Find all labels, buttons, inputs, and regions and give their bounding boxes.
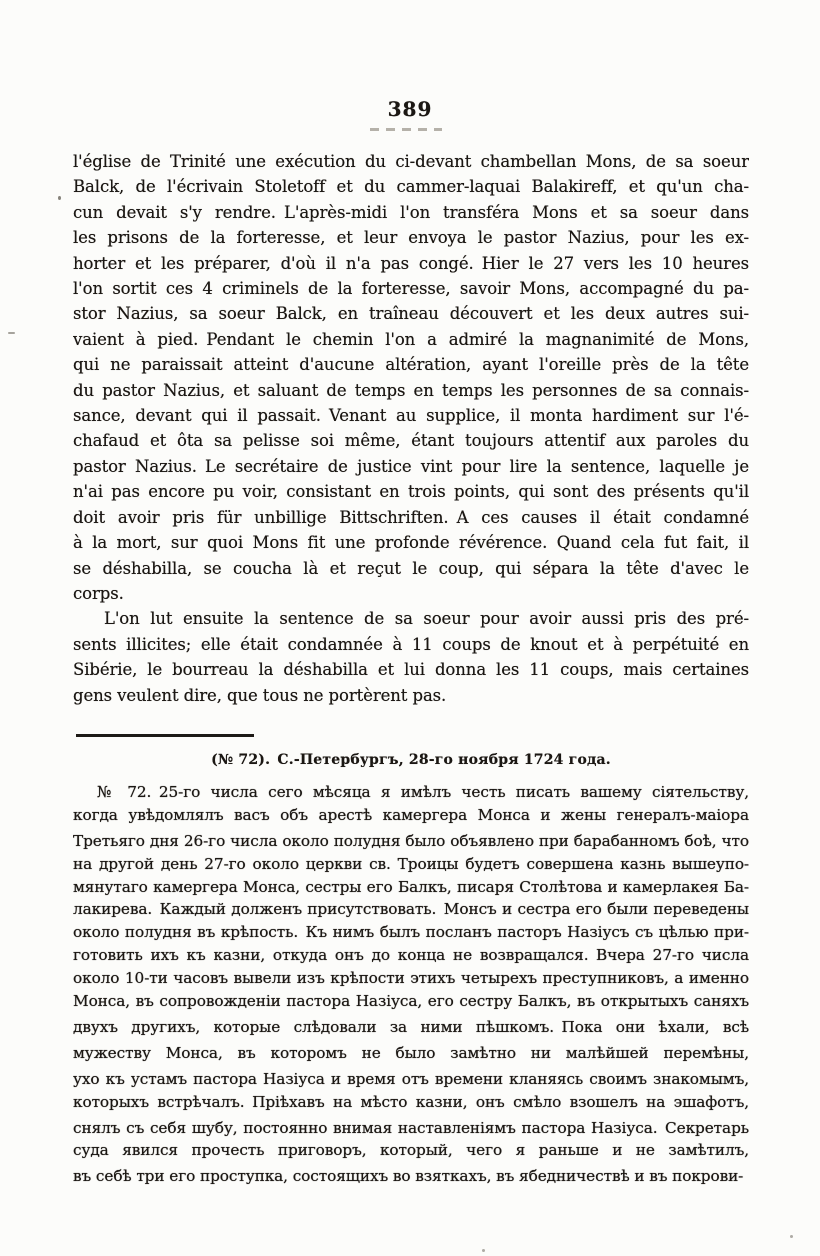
text-line: L'on lut ensuite la sentence de sa soeur… <box>73 606 749 631</box>
text-line: sance, devant qui il passait. Venant au … <box>73 403 749 428</box>
text-line: du pastor Nazius, et saluant de temps en… <box>73 378 749 403</box>
french-text-block: l'église de Trinité une exécution du ci-… <box>73 149 749 708</box>
text-line: готовить ихъ къ казни, откуда онъ до кон… <box>73 944 749 967</box>
text-line: Balck, de l'écrivain Stoletoff et du cam… <box>73 174 749 199</box>
text-line: se déshabilla, se coucha là et reçut le … <box>73 556 749 581</box>
text-line: лакирева. Каждый долженъ присутствовать.… <box>73 898 749 921</box>
text-line: l'église de Trinité une exécution du ci-… <box>73 149 749 174</box>
ink-speck <box>482 1249 485 1252</box>
text-line: horter et les préparer, d'où il n'a pas … <box>73 251 749 276</box>
text-line: Монса, въ сопровожденіи пастора Назіуса,… <box>73 990 749 1016</box>
book-page: 389 l'église de Trinité une exécution du… <box>0 0 820 1256</box>
text-line: Третьяго дня 26-го числа около полудня б… <box>73 830 749 853</box>
text-line: суда явился прочесть приговоръ, который,… <box>73 1139 749 1165</box>
text-line: sents illicites; elle était condamnée à … <box>73 632 749 657</box>
text-line: stor Nazius, sa soeur Balck, en traîneau… <box>73 301 749 326</box>
ink-speck <box>8 332 15 334</box>
ink-speck <box>58 196 61 200</box>
page-number: 389 <box>0 97 820 121</box>
russian-text-block: № 72. 25-го числа сего мѣсяца я имѣлъ че… <box>73 781 749 1188</box>
text-line: около 10-ти часовъ вывели изъ крѣпости э… <box>73 967 749 990</box>
text-line: n'ai pas encore pu voir, consistant en t… <box>73 479 749 504</box>
text-line: мянутаго камергера Монса, сестры его Бал… <box>73 876 749 899</box>
text-line: à la mort, sur quoi Mons fit une profond… <box>73 530 749 555</box>
text-line: cun devait s'y rendre. L'après-midi l'on… <box>73 200 749 225</box>
text-line: около полудня въ крѣпость. Къ нимъ былъ … <box>73 921 749 944</box>
text-line: l'on sortit ces 4 criminels de la forter… <box>73 276 749 301</box>
text-line: Sibérie, le bourreau la déshabilla et lu… <box>73 657 749 682</box>
russian-letter-paragraph: № 72. 25-го числа сего мѣсяца я имѣлъ че… <box>73 781 749 1188</box>
text-line: которыхъ встрѣчалъ. Пріѣхавъ на мѣсто ка… <box>73 1091 749 1117</box>
text-line: chafaud et ôta sa pelisse soi même, étan… <box>73 428 749 453</box>
text-line: vaient à pied. Pendant le chemin l'on a … <box>73 327 749 352</box>
text-line: les prisons de la forteresse, et leur en… <box>73 225 749 250</box>
scan-dash-artifact <box>370 128 442 131</box>
text-line: на другой день 27-го около церкви св. Тр… <box>73 853 749 876</box>
text-line: въ себѣ три его проступка, состоящихъ во… <box>73 1165 749 1188</box>
section-divider-rule <box>76 734 254 737</box>
ink-speck <box>790 1235 793 1238</box>
text-line: когда увѣдомлялъ васъ объ арестѣ камерге… <box>73 804 749 830</box>
text-line: снялъ съ себя шубу, постоянно внимая нас… <box>73 1117 749 1140</box>
letter-dateline: (№ 72). С.-Петербургъ, 28-го ноября 1724… <box>73 752 749 768</box>
text-line: № 72. 25-го числа сего мѣсяца я имѣлъ че… <box>73 781 749 804</box>
french-paragraph-1: l'église de Trinité une exécution du ci-… <box>73 149 749 606</box>
text-line: qui ne paraissait atteint d'aucune altér… <box>73 352 749 377</box>
text-line: pastor Nazius. Le secrétaire de justice … <box>73 454 749 479</box>
text-line: doit avoir pris für unbillige Bittschrif… <box>73 505 749 530</box>
text-line: corps. <box>73 581 749 606</box>
text-line: двухъ другихъ, которые слѣдовали за ними… <box>73 1016 749 1042</box>
text-line: ухо къ устамъ пастора Назіуса и время от… <box>73 1068 749 1091</box>
text-line: gens veulent dire, que tous ne portèrent… <box>73 683 749 708</box>
text-line: мужеству Монса, въ которомъ не было замѣ… <box>73 1042 749 1068</box>
french-paragraph-2: L'on lut ensuite la sentence de sa soeur… <box>73 606 749 708</box>
